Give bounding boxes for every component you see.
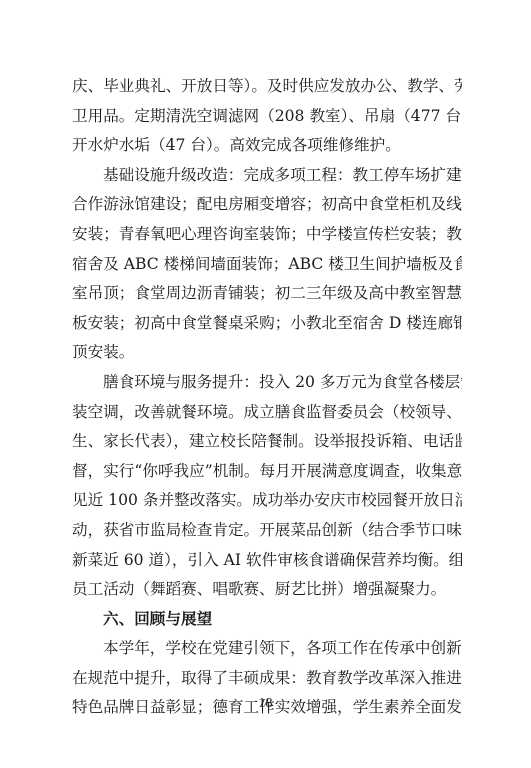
text-line: 宿舍及 ABC 楼梯间墙面装饰；ABC 楼卫生间护墙板及食堂浴 xyxy=(72,250,462,280)
text-line: 开水炉水垢（47 台）。高效完成各项维修维护。 xyxy=(72,131,462,161)
document-page: 庆、毕业典礼、开放日等）。及时供应发放办公、教学、劳 卫用品。定期清洗空调滤网（… xyxy=(0,0,531,768)
text-line: 员工活动（舞蹈赛、唱歌赛、厨艺比拼）增强凝聚力。 xyxy=(72,575,462,605)
text-line: 合作游泳馆建设；配电房厢变增容；初高中食堂柜机及线路 xyxy=(72,190,462,220)
paragraph-start-infrastructure: 基础设施升级改造：完成多项工程：教工停车场扩建； xyxy=(72,161,462,191)
page-number: 18 xyxy=(0,696,531,712)
section-heading: 六、回顾与展望 xyxy=(72,605,462,635)
text-line: 安装；青春氧吧心理咨询室装饰；中学楼宣传栏安装；教工 xyxy=(72,220,462,250)
text-line: 卫用品。定期清洗空调滤网（208 教室）、吊扇（477 台）、 xyxy=(72,102,462,132)
text-line: 装空调，改善就餐环境。成立膳食监督委员会（校领导、师 xyxy=(72,398,462,428)
text-line: 板安装；初高中食堂餐桌采购；小教北至宿舍 D 楼连廊钢膜 xyxy=(72,309,462,339)
text-line: 动，获省市监局检查肯定。开展菜品创新（结合季节口味推 xyxy=(72,516,462,546)
text-line: 庆、毕业典礼、开放日等）。及时供应发放办公、教学、劳 xyxy=(72,72,462,102)
paragraph-start-review: 本学年，学校在党建引领下，各项工作在传承中创新， xyxy=(72,634,462,664)
text-line: 在规范中提升，取得了丰硕成果：教育教学改革深入推进， xyxy=(72,664,462,694)
body-text: 庆、毕业典礼、开放日等）。及时供应发放办公、教学、劳 卫用品。定期清洗空调滤网（… xyxy=(72,72,462,723)
text-line: 督，实行“你呼我应”机制。每月开展满意度调查，收集意 xyxy=(72,457,462,487)
text-line: 生、家长代表），建立校长陪餐制。设举报投诉箱、电话监 xyxy=(72,427,462,457)
text-line: 室吊顶；食堂周边沥青铺装；初二三年级及高中教室智慧平 xyxy=(72,279,462,309)
paragraph-start-dining: 膳食环境与服务提升：投入 20 多万元为食堂各楼层安 xyxy=(72,368,462,398)
text-line: 新菜近 60 道），引入 AI 软件审核食谱确保营养均衡。组织 xyxy=(72,546,462,576)
text-line: 见近 100 条并整改落实。成功举办安庆市校园餐开放日活 xyxy=(72,486,462,516)
text-line: 顶安装。 xyxy=(72,338,462,368)
